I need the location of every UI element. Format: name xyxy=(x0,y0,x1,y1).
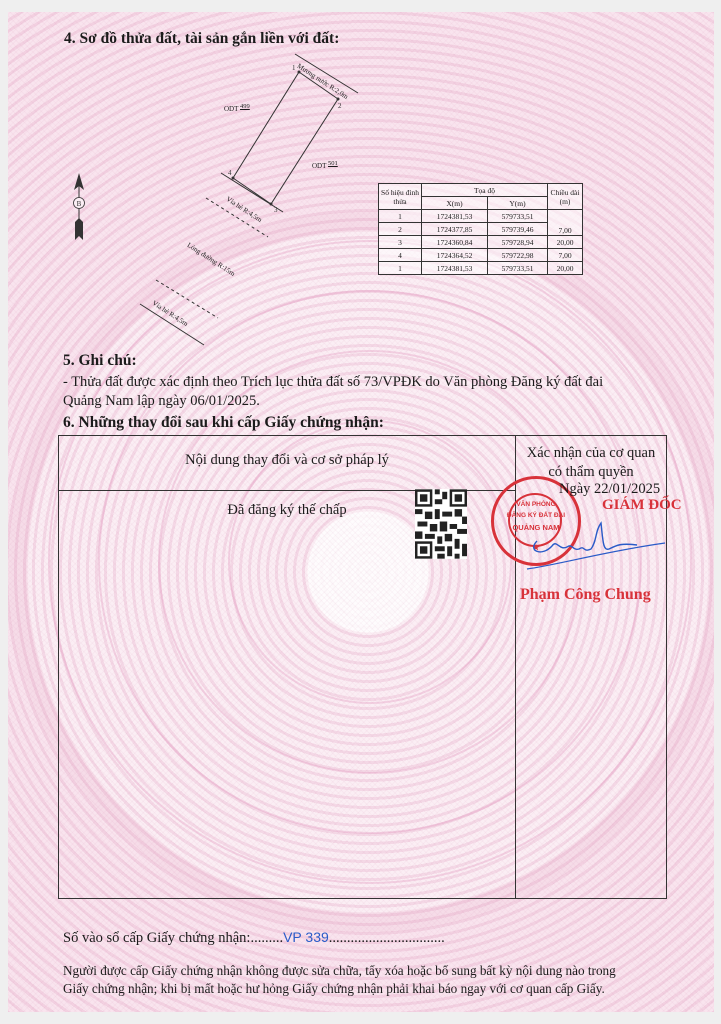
svg-text:4: 4 xyxy=(228,169,232,177)
table-row: 1 1724381,53 579733,51 20,00 xyxy=(379,262,583,275)
section5-heading: 5. Ghi chú: xyxy=(63,352,137,370)
plot-diagram: B 1 2 3 4 xyxy=(0,0,721,360)
col-length-header: Chiều dài (m) xyxy=(548,184,583,210)
signer-title: GIÁM ĐỐC xyxy=(602,497,682,514)
length-cell: 7,00 xyxy=(548,210,583,236)
x-cell: 1724381,53 xyxy=(422,262,488,275)
left-neighbor-label: ODT 499 xyxy=(224,103,250,113)
y-cell: 579728,94 xyxy=(488,236,548,249)
seal-line1: VĂN PHÒNG xyxy=(494,501,578,508)
col-x-header: X(m) xyxy=(422,197,488,210)
length-cell: 20,00 xyxy=(548,236,583,249)
vertex-cell: 4 xyxy=(379,249,422,262)
signer-name: Phạm Công Chung xyxy=(520,586,651,604)
col-vertex-header: Số hiệu đỉnh thửa xyxy=(379,184,422,210)
vertex-cell: 1 xyxy=(379,262,422,275)
col-coords-header: Tọa độ xyxy=(422,184,548,197)
x-cell: 1724377,85 xyxy=(422,223,488,236)
confirmation-header-line1: Xác nhận của cơ quan xyxy=(516,444,666,463)
registry-line: Số vào sổ cấp Giấy chứng nhận:.........V… xyxy=(63,929,445,947)
registry-value: VP 339 xyxy=(283,929,329,945)
right-neighbor-label: ODT 501 xyxy=(312,160,338,170)
x-cell: 1724360,84 xyxy=(422,236,488,249)
x-cell: 1724381,53 xyxy=(422,210,488,223)
note-line-1: - Thửa đất được xác định theo Trích lục … xyxy=(63,373,603,392)
y-cell: 579733,51 xyxy=(488,210,548,223)
y-cell: 579739,46 xyxy=(488,223,548,236)
x-cell: 1724364,52 xyxy=(422,249,488,262)
warning-text: Người được cấp Giấy chứng nhận không đượ… xyxy=(63,962,616,998)
qr-code-icon xyxy=(415,489,467,559)
seal-line2: ĐĂNG KÝ ĐẤT ĐAI xyxy=(494,512,578,519)
section6-heading: 6. Những thay đổi sau khi cấp Giấy chứng… xyxy=(63,414,384,432)
registry-label: Số vào sổ cấp Giấy chứng nhận: xyxy=(63,930,250,946)
coordinate-table: Số hiệu đỉnh thửa Tọa độ Chiều dài (m) X… xyxy=(378,183,583,275)
y-cell: 579722,98 xyxy=(488,249,548,262)
svg-text:2: 2 xyxy=(338,102,342,110)
confirmation-date: Ngày 22/01/2025 xyxy=(559,481,709,498)
table-row: 1 1724381,53 579733,51 7,00 xyxy=(379,210,583,223)
svg-text:3: 3 xyxy=(274,206,278,214)
table-row: 4 1724364,52 579722,98 7,00 xyxy=(379,249,583,262)
warning-line2: Giấy chứng nhận; khi bị mất hoặc hư hỏng… xyxy=(63,980,616,998)
length-cell: 20,00 xyxy=(548,262,583,275)
vertex-cell: 1 xyxy=(379,210,422,223)
warning-line1: Người được cấp Giấy chứng nhận không đượ… xyxy=(63,962,616,980)
vertex-cell: 2 xyxy=(379,223,422,236)
col-changes-header: Nội dung thay đổi và cơ sở pháp lý xyxy=(59,452,515,469)
changes-table: Nội dung thay đổi và cơ sở pháp lý Xác n… xyxy=(58,435,667,899)
signature xyxy=(517,521,667,576)
note-line-2: Quảng Nam lập ngày 06/01/2025. xyxy=(63,392,260,411)
vertex-cell: 3 xyxy=(379,236,422,249)
col-y-header: Y(m) xyxy=(488,197,548,210)
table-row: 3 1724360,84 579728,94 20,00 xyxy=(379,236,583,249)
length-cell: 7,00 xyxy=(548,249,583,262)
y-cell: 579733,51 xyxy=(488,262,548,275)
north-label: B xyxy=(77,200,82,208)
